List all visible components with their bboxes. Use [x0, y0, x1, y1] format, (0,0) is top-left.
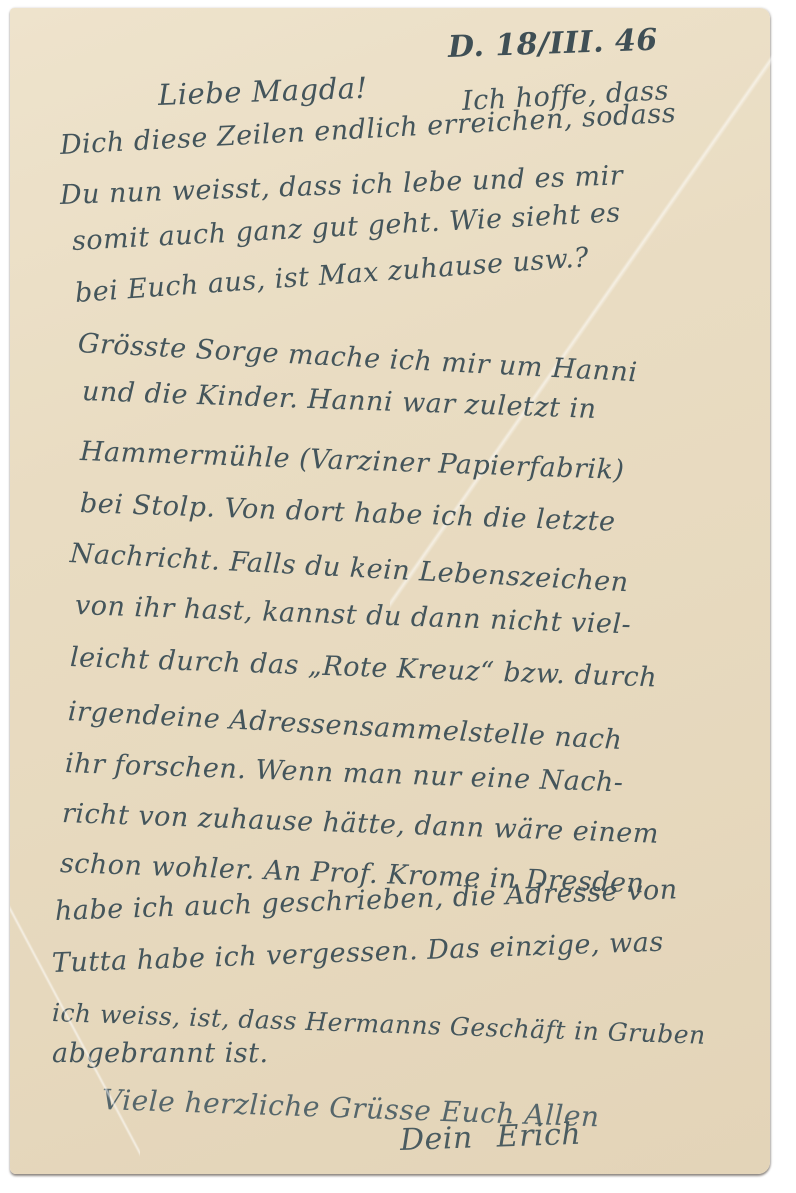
letter-line: bei Stolp. Von dort habe ich die letzte	[79, 488, 616, 538]
letter-line: von ihr hast, kannst du dann nicht viel-	[74, 590, 631, 640]
letter-line: Hammermühle (Varziner Papierfabrik)	[79, 436, 625, 486]
letter-line: irgendeine Adressensammelstelle nach	[67, 696, 623, 756]
letter-line: Tutta habe ich vergessen. Das einzige, w…	[51, 927, 664, 979]
letter-line: abgebrannt ist.	[52, 1038, 269, 1069]
signature-name: Erich	[496, 1117, 582, 1155]
letter-line: ihr forschen. Wenn man nur eine Nach-	[64, 748, 624, 798]
signature: Dein Erich	[399, 1117, 581, 1158]
postcard: D. 18/III. 46 Liebe Magda! Ich hoffe, da…	[10, 8, 770, 1174]
letter-line: richt von zuhause hätte, dann wäre einem	[61, 798, 659, 850]
letter-line: leicht durch das „Rote Kreuz“ bzw. durch	[69, 642, 657, 693]
salutation: Liebe Magda!	[157, 71, 368, 112]
letter-line: Nachricht. Falls du kein Lebenszeichen	[69, 538, 629, 598]
date-line: D. 18/III. 46	[447, 23, 658, 65]
letter-line: Dich diese Zeilen endlich erreichen, sod…	[59, 98, 677, 161]
letter-line: und die Kinder. Hanni war zuletzt in	[81, 376, 597, 425]
signature-prefix: Dein	[399, 1120, 473, 1158]
